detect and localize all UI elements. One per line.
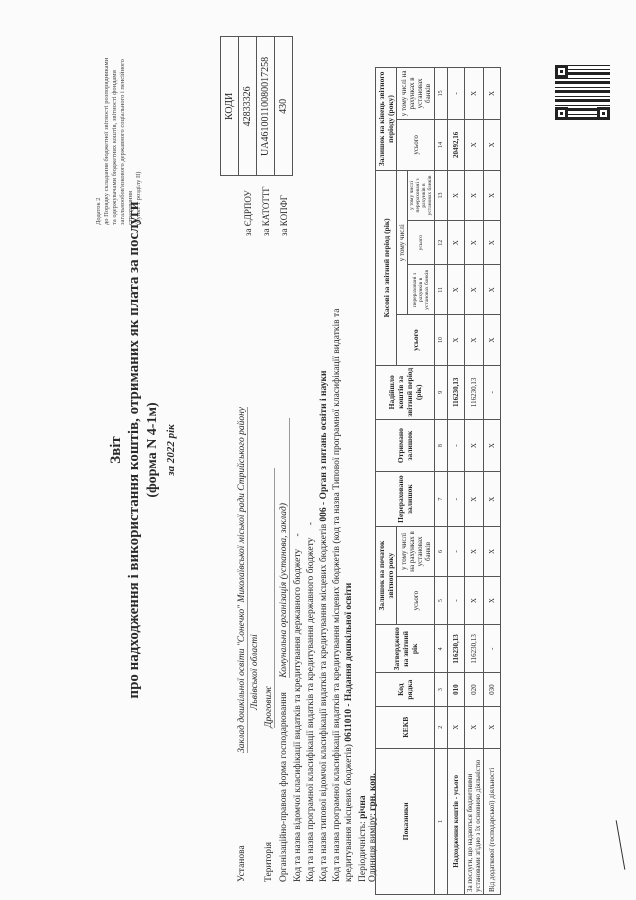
territory-region: Львівської області — [250, 634, 260, 710]
col-sent-from-banks: у тому числі перераховані з рахунків в у… — [408, 170, 435, 220]
territory-label: Територія — [264, 842, 274, 882]
col-start-total: усього — [397, 576, 435, 624]
table-cell: 20492,16 — [448, 119, 465, 170]
typical-class-value: 006 - Орган з питань освіти і науки — [319, 371, 329, 522]
report-subtitle: про надходження і використання коштів, о… — [126, 0, 143, 900]
code-kopfg: 430 — [275, 37, 293, 176]
row-indicator: Від додаткової (господарської) діяльност… — [484, 748, 501, 894]
table-cell: X — [448, 265, 465, 315]
table-cell: - — [448, 68, 465, 120]
table-cell: - — [448, 576, 465, 624]
org-form-label: Організаційно-правова форма господарюван… — [279, 692, 289, 882]
col-transfer: Перераховано залишок — [376, 472, 435, 527]
col-indicator: Показники — [376, 748, 435, 894]
table-cell: X — [484, 526, 501, 576]
dept-class-value: - — [293, 533, 303, 536]
table-cell: 116230,13 — [448, 365, 465, 419]
code-edrpou: 42833326 — [239, 37, 257, 176]
report-table: Показники КЕКВ Код рядка Затверджено на … — [375, 67, 501, 895]
table-cell: X — [465, 170, 484, 220]
code-label: за КОПФГ — [275, 176, 293, 240]
local-prog-label-2: кредитування місцевих бюджетів) — [344, 744, 354, 882]
table-cell: 020 — [465, 673, 484, 706]
col-number: 15 — [435, 68, 448, 120]
report-title: Звіт — [108, 0, 125, 900]
col-sent-total: усього — [408, 221, 435, 265]
col-transferred-from-banks: перераховані з рахунків в установах банк… — [408, 265, 435, 315]
table-cell: X — [465, 221, 484, 265]
org-form-row: Організаційно-правова форма господарюван… — [279, 418, 290, 882]
periodicity-value: річна — [358, 795, 368, 819]
table-row: Від додаткової (господарської) діяльност… — [484, 68, 501, 895]
report-period: за 2022 рік — [165, 0, 177, 900]
typical-class-row: Код та назва типової відомчої класифікац… — [319, 371, 329, 882]
report-page: Додаток 2 до Порядку складання бюджетної… — [0, 0, 636, 900]
territory-value: Дроговиж — [264, 468, 275, 728]
col-row-code: Код рядка — [376, 673, 435, 706]
table-cell: - — [448, 419, 465, 472]
column-numbers-row: 1 2 3 4 5 6 7 8 9 10 11 12 13 14 15 — [435, 68, 448, 895]
col-number: 12 — [435, 221, 448, 265]
table-cell: X — [465, 472, 484, 527]
institution-row: Установа Заклад дошкільної освіти "Сонеч… — [237, 407, 248, 882]
col-number: 11 — [435, 265, 448, 315]
local-prog-row-2: кредитування місцевих бюджетів) 0611010 … — [344, 583, 354, 882]
table-cell: X — [484, 265, 501, 315]
table-cell: - — [484, 365, 501, 419]
dept-class-row: Код та назва відомчої класифікації видат… — [293, 533, 303, 882]
col-cash: Касові за звітний період (рік) — [376, 170, 397, 365]
col-end-in-banks: у тому числі на рахунках в установах бан… — [397, 68, 435, 120]
col-end-total: усього — [397, 119, 435, 170]
institution-label: Установа — [237, 845, 247, 882]
table-cell: X — [465, 576, 484, 624]
table-cell: X — [484, 119, 501, 170]
org-form-value: Комунальна організація (установа, заклад… — [279, 418, 290, 678]
table-cell: X — [465, 315, 484, 365]
prog-class-row: Код та назва програмної класифікації вид… — [306, 522, 316, 882]
col-received-balance: Отримано залишок — [376, 419, 435, 472]
institution-value: Заклад дошкільної освіти "Сонечко" Микол… — [237, 407, 248, 753]
col-number: 5 — [435, 576, 448, 624]
table-cell: X — [484, 576, 501, 624]
prog-class-value: - — [306, 522, 316, 525]
col-received-funds: Надійшло коштів за звітний період (рік) — [376, 365, 435, 419]
table-cell: 030 — [484, 673, 501, 706]
table-cell: X — [448, 315, 465, 365]
code-label: за КАТОТТГ — [257, 176, 275, 240]
table-cell: X — [448, 170, 465, 220]
prog-class-label: Код та назва програмної класифікації вид… — [306, 538, 316, 882]
col-balance-end: Залишок на кінець звітного періоду (року… — [376, 68, 397, 171]
col-number: 13 — [435, 170, 448, 220]
col-kekv: КЕКВ — [376, 706, 435, 748]
table-cell: X — [465, 706, 484, 748]
col-number: 10 — [435, 315, 448, 365]
local-prog-label: Код та назва програмної класифікації вид… — [332, 309, 342, 882]
codes-header: КОДИ — [221, 37, 239, 176]
qr-code-icon — [555, 65, 610, 120]
table-cell: X — [484, 315, 501, 365]
table-row: За послуги, що надаються бюджетними уста… — [465, 68, 484, 895]
typical-class-label: Код та назва типової відомчої класифікац… — [319, 524, 329, 882]
col-number: 4 — [435, 625, 448, 673]
table-cell: X — [484, 419, 501, 472]
table-row: Надходження коштів - усьогоX010116230,13… — [448, 68, 465, 895]
pen-mark — [616, 820, 626, 869]
table-cell: X — [448, 221, 465, 265]
form-number: (форма N 4-1м) — [145, 0, 161, 900]
table-cell: - — [448, 472, 465, 527]
col-start-in-banks: у тому числі на рахунках в установах бан… — [397, 526, 435, 576]
col-number: 7 — [435, 472, 448, 527]
col-number: 3 — [435, 673, 448, 706]
col-number: 8 — [435, 419, 448, 472]
table-cell: - — [484, 625, 501, 673]
table-cell: - — [448, 526, 465, 576]
periodicity-label: Періодичність: — [358, 821, 368, 882]
territory-row: Територія Дроговиж — [264, 468, 275, 882]
dept-class-label: Код та назва відомчої класифікації видат… — [293, 549, 303, 882]
col-cash-including: у тому числі — [397, 170, 408, 315]
periodicity-row: Періодичність: річна — [358, 795, 368, 882]
table-cell: X — [448, 706, 465, 748]
table-cell: 010 — [448, 673, 465, 706]
row-indicator: Надходження коштів - усього — [448, 748, 465, 894]
table-cell: 116230,13 — [448, 625, 465, 673]
territory-region-value: Львівської області — [250, 634, 260, 710]
table-cell: X — [484, 170, 501, 220]
local-prog-row: Код та назва програмної класифікації вид… — [332, 309, 342, 882]
col-balance-start: Залишок на початок звітного року — [376, 526, 397, 624]
table-cell: X — [465, 526, 484, 576]
table-body: Надходження коштів - усьогоX010116230,13… — [448, 68, 501, 895]
col-cash-total: усього — [397, 315, 435, 365]
local-prog-value: 0611010 - Надання дошкільної освіти — [344, 583, 354, 742]
table-cell: X — [465, 68, 484, 120]
table-cell: X — [465, 119, 484, 170]
table-cell: X — [484, 472, 501, 527]
codes-table: КОДИ за ЄДРПОУ42833326 за КАТОТТГUA46100… — [220, 36, 293, 240]
annex-line: Додаток 2 — [95, 0, 103, 225]
table-cell: 116230,13 — [465, 365, 484, 419]
table-cell: X — [465, 419, 484, 472]
table-cell: X — [465, 265, 484, 315]
col-number: 14 — [435, 119, 448, 170]
code-label: за ЄДРПОУ — [239, 176, 257, 240]
code-katottg: UA46100110080017258 — [257, 37, 275, 176]
col-number: 2 — [435, 706, 448, 748]
table-cell: X — [484, 706, 501, 748]
col-approved: Затверджено на звітний рік — [376, 625, 435, 673]
table-cell: X — [484, 221, 501, 265]
col-number: 6 — [435, 526, 448, 576]
col-number: 9 — [435, 365, 448, 419]
table-cell: X — [484, 68, 501, 120]
table-cell: 116230,13 — [465, 625, 484, 673]
row-indicator: За послуги, що надаються бюджетними уста… — [465, 748, 484, 894]
col-number: 1 — [435, 748, 448, 894]
